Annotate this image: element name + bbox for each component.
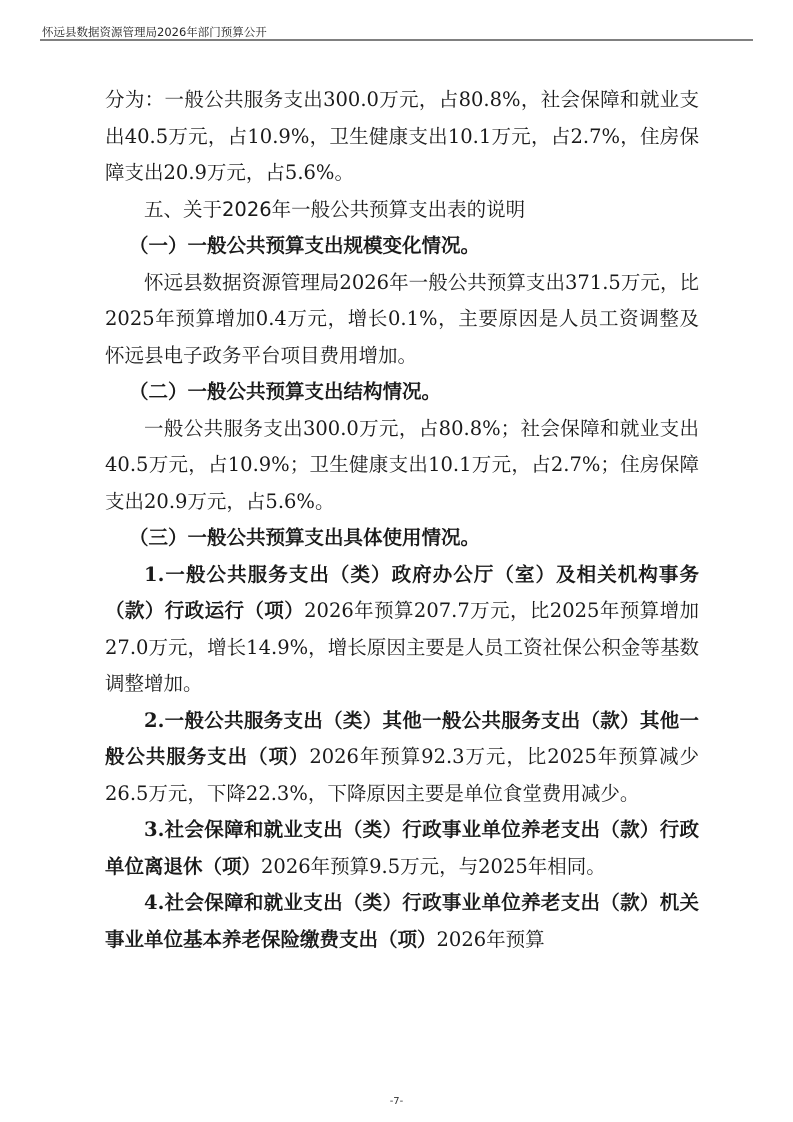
- item-4-title: 4.社会保障和就业支出（类）行政事业单位养老支出（款）机关事业单位基本养老保险缴…: [105, 891, 699, 951]
- paragraph-scale-change: 怀远县数据资源管理局2026年一般公共预算支出371.5万元，比2025年预算增…: [105, 265, 699, 375]
- paragraph-continuation: 分为：一般公共服务支出300.0万元，占80.8%，社会保障和就业支出40.5万…: [105, 82, 699, 192]
- item-1: 1.一般公共服务支出（类）政府办公厅（室）及相关机构事务（款）行政运行（项）20…: [105, 557, 699, 703]
- item-4: 4.社会保障和就业支出（类）行政事业单位养老支出（款）机关事业单位基本养老保险缴…: [105, 885, 699, 958]
- subheading-usage: （三）一般公共预算支出具体使用情况。: [105, 520, 699, 557]
- header-divider: [40, 39, 753, 41]
- section-heading: 五、关于2026年一般公共预算支出表的说明: [105, 192, 699, 229]
- paragraph-structure: 一般公共服务支出300.0万元，占80.8%；社会保障和就业支出40.5万元，占…: [105, 411, 699, 521]
- page-number: -7-: [0, 1096, 793, 1107]
- item-2: 2.一般公共服务支出（类）其他一般公共服务支出（款）其他一般公共服务支出（项）2…: [105, 703, 699, 813]
- subheading-scale-change: （一）一般公共预算支出规模变化情况。: [105, 228, 699, 265]
- document-header-title: 怀远县数据资源管理局2026年部门预算公开: [42, 24, 267, 40]
- subheading-structure: （二）一般公共预算支出结构情况。: [105, 374, 699, 411]
- document-body: 分为：一般公共服务支出300.0万元，占80.8%，社会保障和就业支出40.5万…: [105, 82, 699, 958]
- item-3-text: 2026年预算9.5万元，与2025年相同。: [261, 855, 606, 878]
- item-4-text: 2026年预算: [437, 928, 545, 951]
- item-3: 3.社会保障和就业支出（类）行政事业单位养老支出（款）行政单位离退休（项）202…: [105, 812, 699, 885]
